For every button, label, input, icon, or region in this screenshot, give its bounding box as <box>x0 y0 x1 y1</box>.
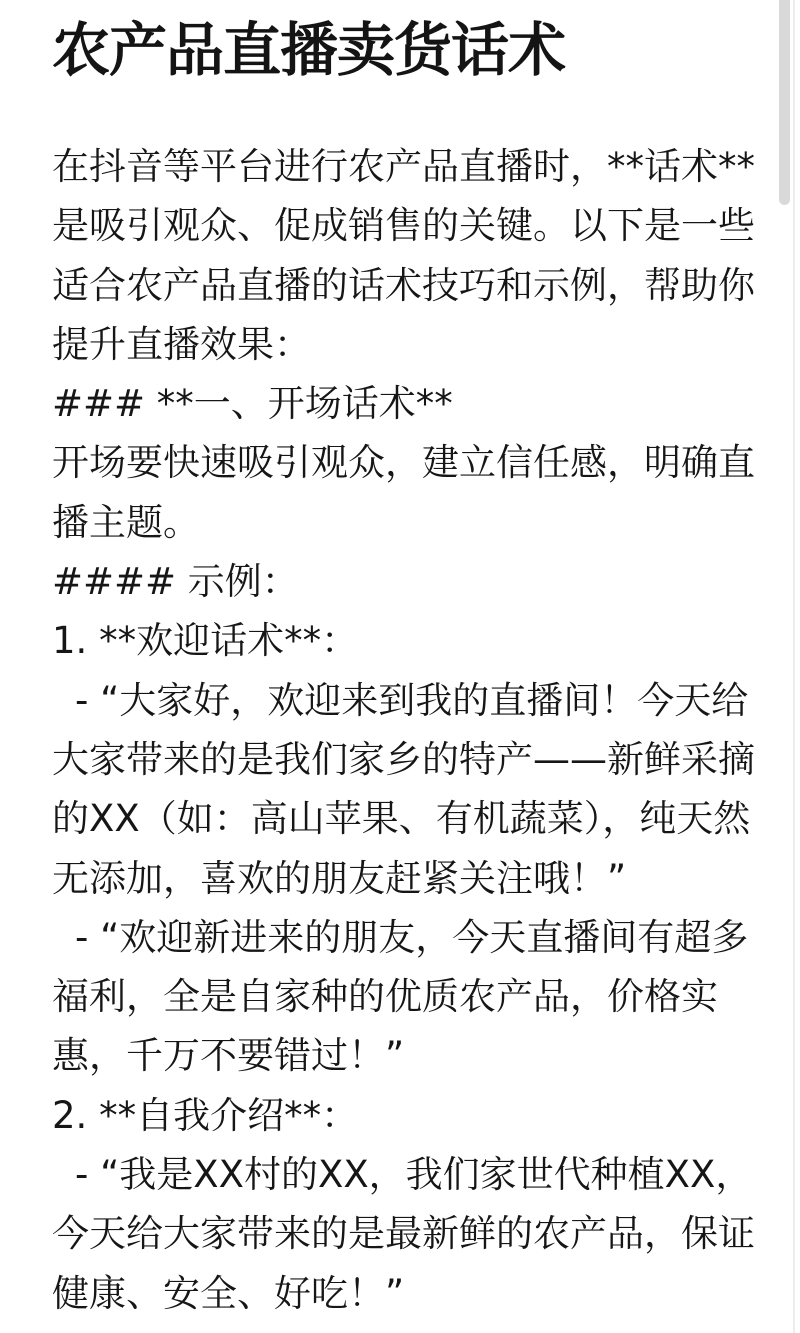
text-line: 惠，千万不要错过！” <box>52 1026 768 1085</box>
text-line: 播主题。 <box>52 493 768 552</box>
text-line: 是吸引观众、促成销售的关键。以下是一些 <box>52 196 768 255</box>
text-line: - “大家好，欢迎来到我的直播间！今天给 <box>52 671 768 730</box>
text-line: 开场要快速吸引观众，建立信任感，明确直 <box>52 433 768 492</box>
text-line: - “我是XX村的XX，我们家世代种植XX， <box>52 1145 768 1204</box>
text-line: ### **一、开场话术** <box>52 374 768 433</box>
scrollbar-thumb[interactable] <box>779 0 790 205</box>
scrollbar-track <box>793 0 795 1333</box>
text-line: 提升直播效果： <box>52 315 768 374</box>
text-line: 2. **自我介绍**： <box>52 1086 768 1145</box>
text-line: 今天给大家带来的是最新鲜的农产品，保证 <box>52 1204 768 1263</box>
text-line: 在抖音等平台进行农产品直播时，**话术** <box>52 137 768 196</box>
text-line: 健康、安全、好吃！” <box>52 1264 768 1323</box>
text-line: 无添加，喜欢的朋友赶紧关注哦！” <box>52 849 768 908</box>
text-line: 的XX（如：高山苹果、有机蔬菜），纯天然 <box>52 789 768 848</box>
page-title: 农产品直播卖货话术 <box>52 16 565 84</box>
text-line: 大家带来的是我们家乡的特产——新鲜采摘 <box>52 730 768 789</box>
document-page: 农产品直播卖货话术 在抖音等平台进行农产品直播时，**话术**是吸引观众、促成销… <box>0 0 800 1333</box>
document-body: 在抖音等平台进行农产品直播时，**话术**是吸引观众、促成销售的关键。以下是一些… <box>52 137 768 1323</box>
text-line: 福利，全是自家种的优质农产品，价格实 <box>52 967 768 1026</box>
text-line: #### 示例： <box>52 552 768 611</box>
text-line: 适合农产品直播的话术技巧和示例，帮助你 <box>52 256 768 315</box>
text-line: - “欢迎新进来的朋友，今天直播间有超多 <box>52 908 768 967</box>
text-line: 1. **欢迎话术**： <box>52 611 768 670</box>
